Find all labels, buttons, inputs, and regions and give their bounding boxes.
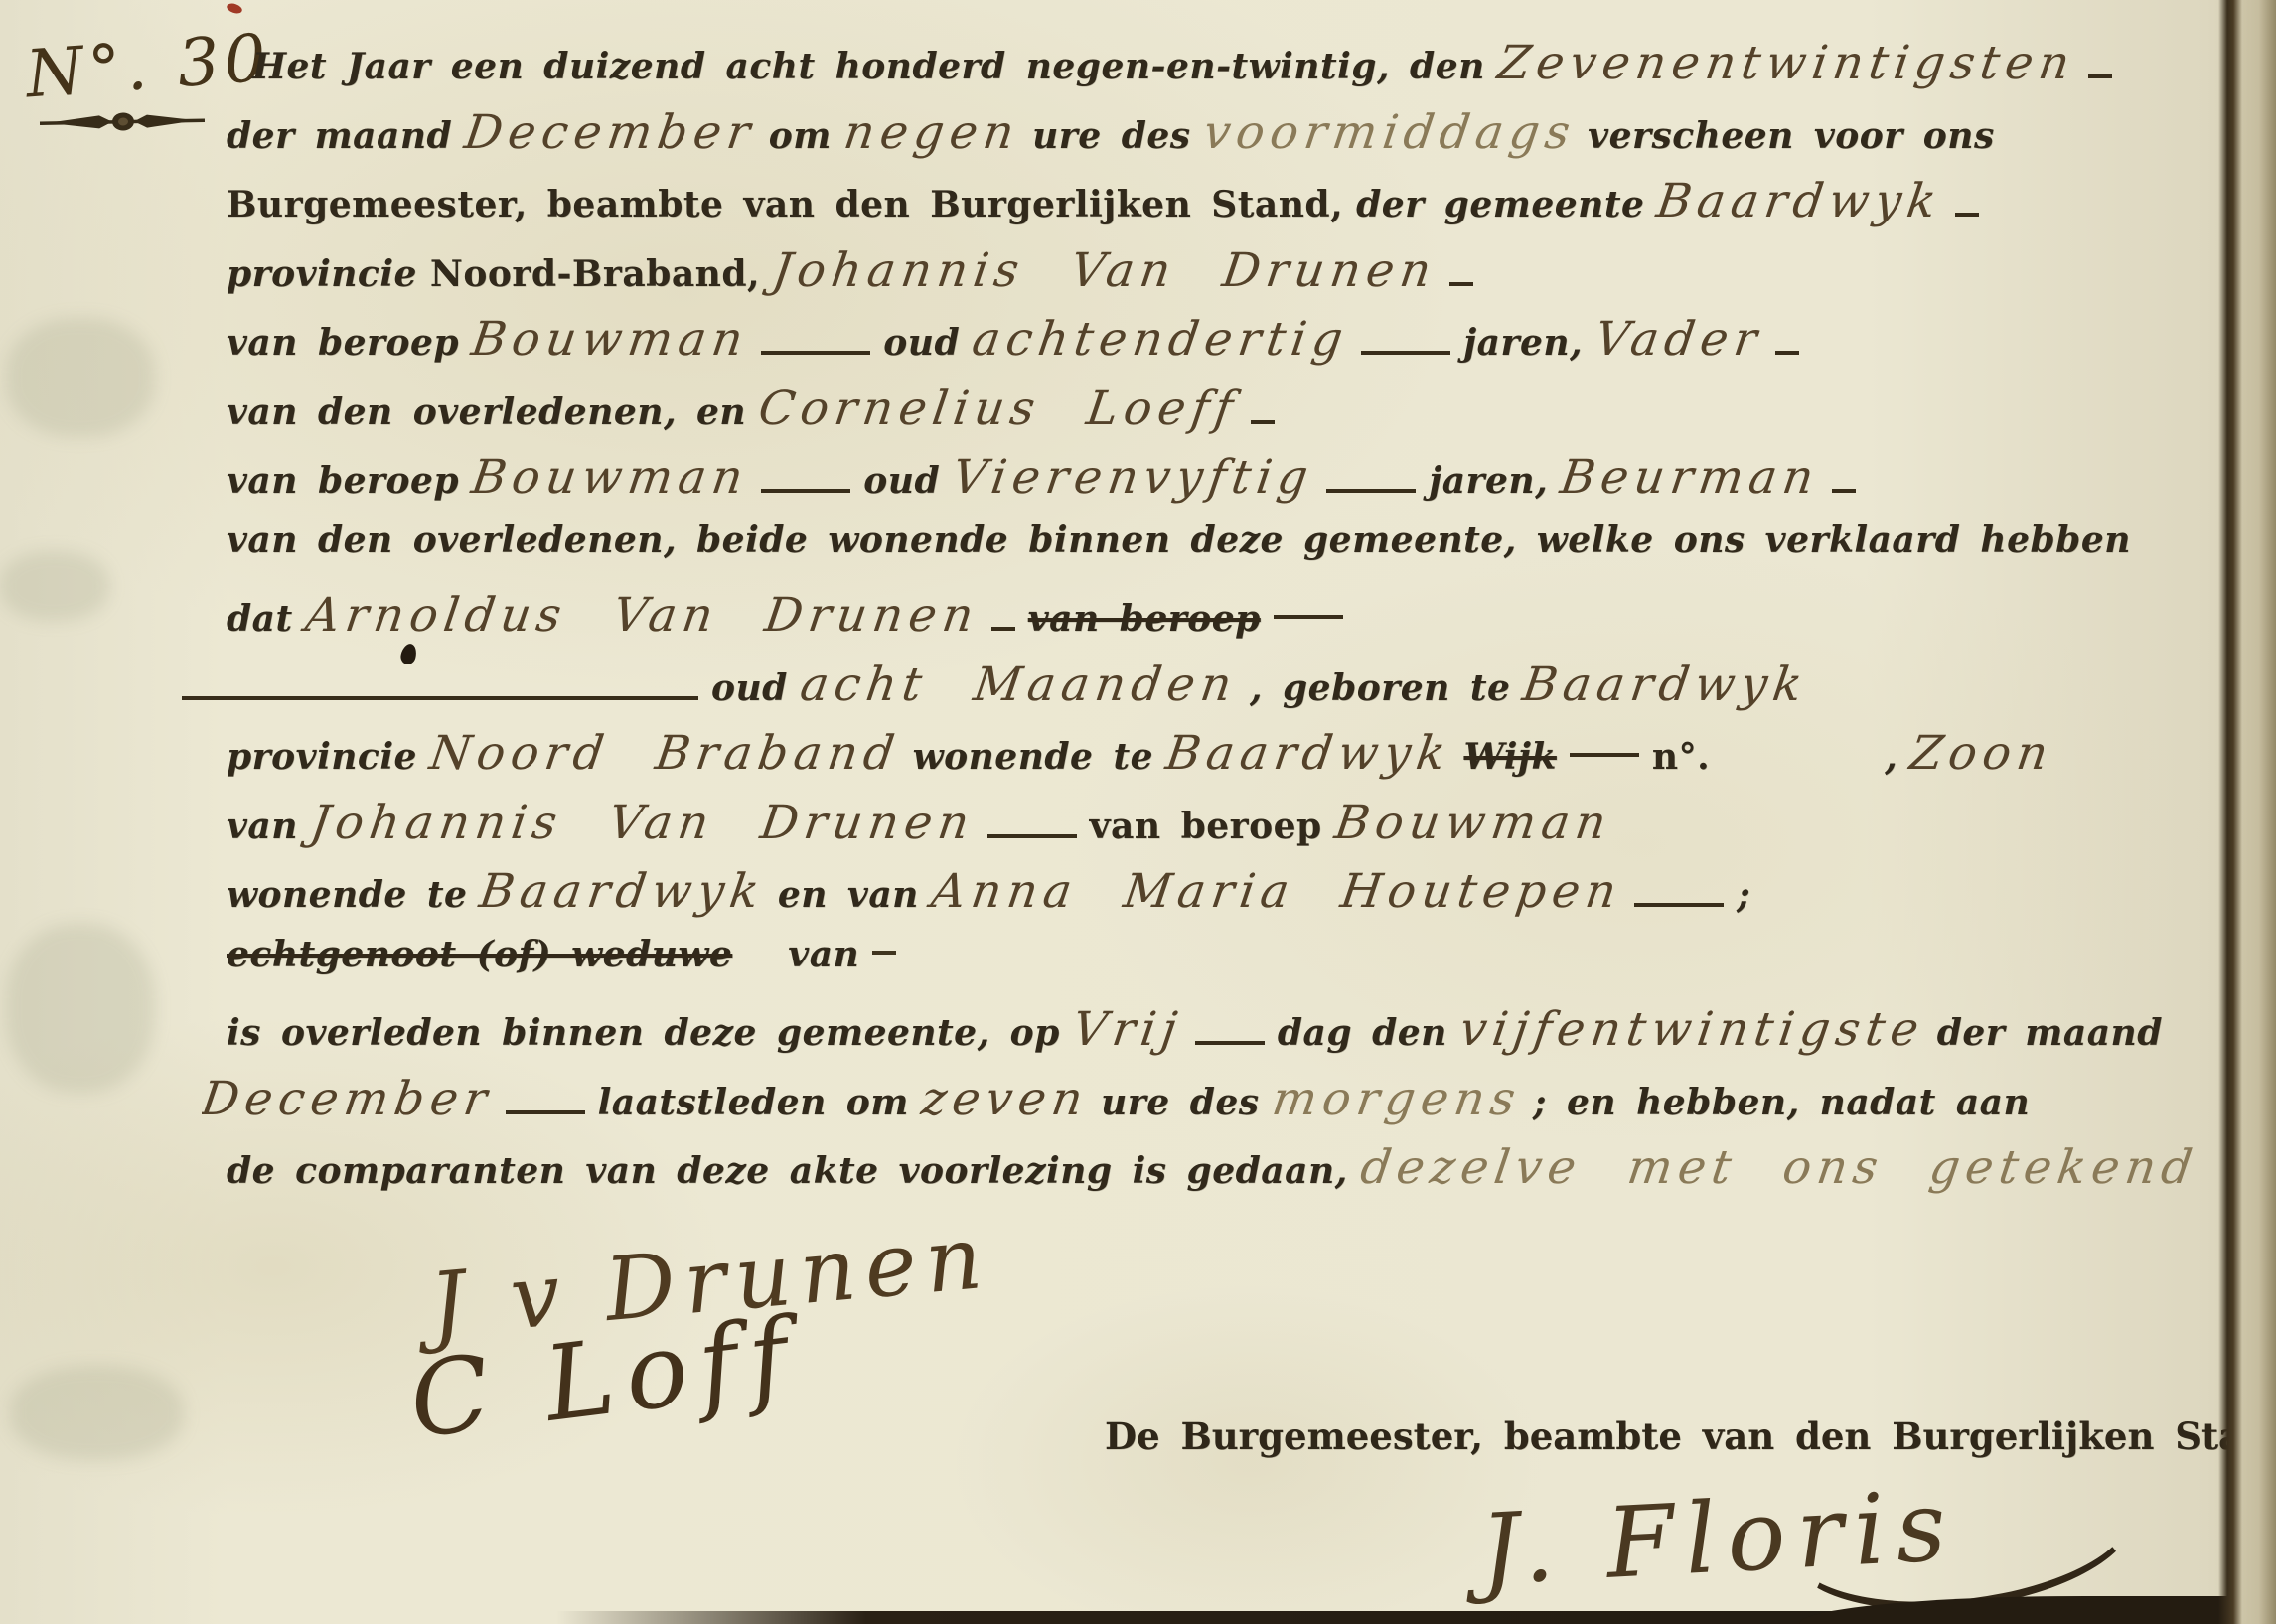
handwritten-entry: Johannis Van Drunen — [769, 243, 1440, 298]
printed-text: provincie — [227, 253, 417, 295]
handwritten-entry: achtendertig — [969, 312, 1352, 367]
ink-rule — [761, 351, 870, 355]
printed-text: om — [769, 115, 832, 157]
bleed-through-smudge — [6, 924, 155, 1093]
handwritten-entry: dezelve met ons getekend — [1357, 1140, 2201, 1195]
handwritten-entry: Zevenentwintigsten — [1494, 36, 2078, 90]
handwritten-entry: negen — [840, 105, 1023, 160]
bleed-through-smudge — [6, 318, 155, 437]
handwritten-entry: December — [202, 1072, 496, 1126]
handwritten-entry: Anna Maria Houtepen — [928, 864, 1625, 919]
printed-text: jaren, — [1463, 322, 1583, 364]
printed-text: dag den — [1278, 1012, 1447, 1054]
deed-line: der maandDecemberomnegenure desvoormidda… — [227, 105, 2223, 175]
handwritten-entry: Noord Braband — [426, 726, 903, 781]
deed-line: echtgenoot (of) weduwevan — [227, 934, 2223, 1003]
printed-text: ; — [1737, 874, 1750, 916]
ink-rule — [1326, 489, 1416, 493]
printed-text: Het Jaar een duizend acht honderd negen-… — [252, 46, 1485, 87]
deed-line: oudacht Maanden, geboren teBaardwyk — [182, 658, 2223, 727]
handwritten-entry: morgens — [1269, 1072, 1524, 1126]
handwritten-entry: Cornelius Loeff — [755, 381, 1242, 436]
handwritten-entry: voormiddags — [1200, 105, 1579, 160]
spacer — [745, 964, 775, 966]
printed-text: van beroep — [227, 460, 459, 502]
printed-text: van den overledenen, beide wonende binne… — [227, 519, 2131, 561]
handwritten-entry: Bouwman — [1331, 796, 1615, 850]
handwritten-entry: vijfentwintigste — [1456, 1002, 1928, 1057]
ink-rule — [987, 834, 1077, 838]
ink-rule — [1274, 615, 1343, 619]
handwritten-entry: Bouwman — [468, 312, 752, 367]
printed-text: oud — [863, 460, 940, 502]
printed-text: Noord-Braband, — [430, 253, 760, 295]
handwritten-entry: December — [461, 105, 759, 160]
deed-line: wonende teBaardwyken vanAnna Maria Houte… — [227, 864, 2223, 934]
handwritten-entry: Arnoldus Van Drunen — [302, 588, 983, 643]
printed-text: ure des — [1101, 1082, 1259, 1123]
printed-text: jaren, — [1429, 460, 1548, 502]
ink-rule-fill — [2088, 74, 2112, 78]
deed-line: provincieNoord-Braband,Johannis Van Drun… — [227, 243, 2223, 313]
handwritten-entry: Baardwyk — [477, 864, 769, 919]
struck-printed-text: echtgenoot (of) weduwe — [227, 934, 732, 975]
ink-rule-fill — [1832, 489, 1856, 493]
book-binding-edge — [2218, 0, 2276, 1624]
printed-text: , — [1885, 736, 1897, 778]
printed-text: ; en hebben, nadat aan — [1533, 1082, 2030, 1123]
ink-rule — [506, 1110, 585, 1114]
bleed-through-smudge — [0, 551, 109, 621]
handwritten-entry: Zoon — [1906, 726, 2056, 781]
printed-text: is overleden binnen deze gemeente, op — [227, 1012, 1060, 1054]
printed-text: van — [227, 806, 298, 847]
printed-text: der gemeente — [1356, 184, 1644, 225]
handwritten-entry: Johannis Van Drunen — [307, 796, 978, 850]
bleed-through-smudge — [10, 1366, 184, 1460]
printed-text: dat — [227, 598, 293, 640]
deed-line: Decemberlaatstleden omzevenure desmorgen… — [202, 1072, 2223, 1141]
printed-text: wonende te — [913, 736, 1153, 778]
printed-text: ure des — [1032, 115, 1190, 157]
printed-text: de comparanten van deze akte voorlezing … — [227, 1150, 1348, 1192]
ink-rule — [1634, 903, 1724, 907]
handwritten-entry: Vierenvyftig — [949, 450, 1317, 505]
printed-text: , geboren te — [1250, 667, 1510, 709]
deed-line: de comparanten van deze akte voorlezing … — [227, 1140, 2223, 1210]
ink-rule-fill — [1251, 420, 1275, 424]
deed-body: Het Jaar een duizend acht honderd negen-… — [227, 36, 2223, 1210]
divider-ornament-icon — [38, 106, 207, 139]
deed-line: provincieNoord Brabandwonende teBaardwyk… — [227, 726, 2223, 796]
deed-line: datArnoldus Van Drunenvan beroep — [227, 588, 2223, 658]
deed-line: van beroepBouwmanoudachtendertigjaren,Va… — [227, 312, 2223, 381]
deed-line: Burgemeester, beambte van den Burgerlijk… — [227, 174, 2223, 243]
printed-text: n°. — [1652, 736, 1710, 778]
struck-printed-text: Wijk — [1463, 736, 1556, 778]
printed-text: wonende te — [227, 874, 467, 916]
ink-rule-fill — [1449, 282, 1473, 286]
printed-text: Burgemeester, beambte van den Burgerlijk… — [227, 184, 1343, 225]
ink-rule-fill — [1955, 213, 1979, 217]
handwritten-entry: Baardwyk — [1654, 174, 1946, 228]
printed-text: van — [788, 934, 859, 975]
printed-text: van beroep — [227, 322, 459, 364]
handwritten-entry: Beurman — [1557, 450, 1823, 505]
ink-rule — [1570, 753, 1639, 757]
printed-text: der maand — [1937, 1012, 2163, 1054]
printed-text: provincie — [227, 736, 417, 778]
handwritten-entry: zeven — [918, 1072, 1092, 1126]
printed-text: van beroep — [1090, 806, 1322, 847]
deed-line: van den overledenen, enCornelius Loeff — [227, 381, 2223, 451]
ink-rule — [1361, 351, 1450, 355]
handwritten-entry: Bouwman — [468, 450, 752, 505]
printed-text: verscheen voor ons — [1588, 115, 1995, 157]
ink-rule — [182, 696, 698, 700]
ink-rule — [1195, 1041, 1265, 1045]
handwritten-entry: Vrij — [1069, 1002, 1186, 1057]
printed-text: der maand — [227, 115, 452, 157]
handwritten-entry: Baardwyk — [1162, 726, 1454, 781]
printed-text: oud — [883, 322, 960, 364]
ink-rule-fill — [1775, 351, 1799, 355]
closing-line: De Burgemeester, beambte van den Burgerl… — [1105, 1414, 2276, 1458]
printed-text: van den overledenen, en — [227, 391, 746, 433]
handwritten-entry: acht Maanden — [797, 658, 1241, 712]
deed-line: is overleden binnen deze gemeente, opVri… — [227, 1002, 2223, 1072]
deed-line: Het Jaar een duizend acht honderd negen-… — [227, 36, 2223, 105]
struck-printed-text: van beroep — [1028, 598, 1261, 640]
spacer — [1723, 767, 1872, 769]
deed-line: van beroepBouwmanoudVierenvyftigjaren,Be… — [227, 450, 2223, 519]
deed-line: van den overledenen, beide wonende binne… — [227, 519, 2223, 589]
handwritten-entry: Baardwyk — [1519, 658, 1811, 712]
printed-text: oud — [711, 667, 788, 709]
handwritten-entry: Vader — [1592, 312, 1766, 367]
ink-rule-fill — [991, 627, 1015, 631]
printed-text: en van — [778, 874, 919, 916]
ink-rule — [761, 489, 850, 493]
deed-line: vanJohannis Van Drunenvan beroepBouwman — [227, 796, 2223, 865]
printed-text: laatstleden om — [598, 1082, 909, 1123]
struck-rule-fill — [872, 951, 896, 955]
